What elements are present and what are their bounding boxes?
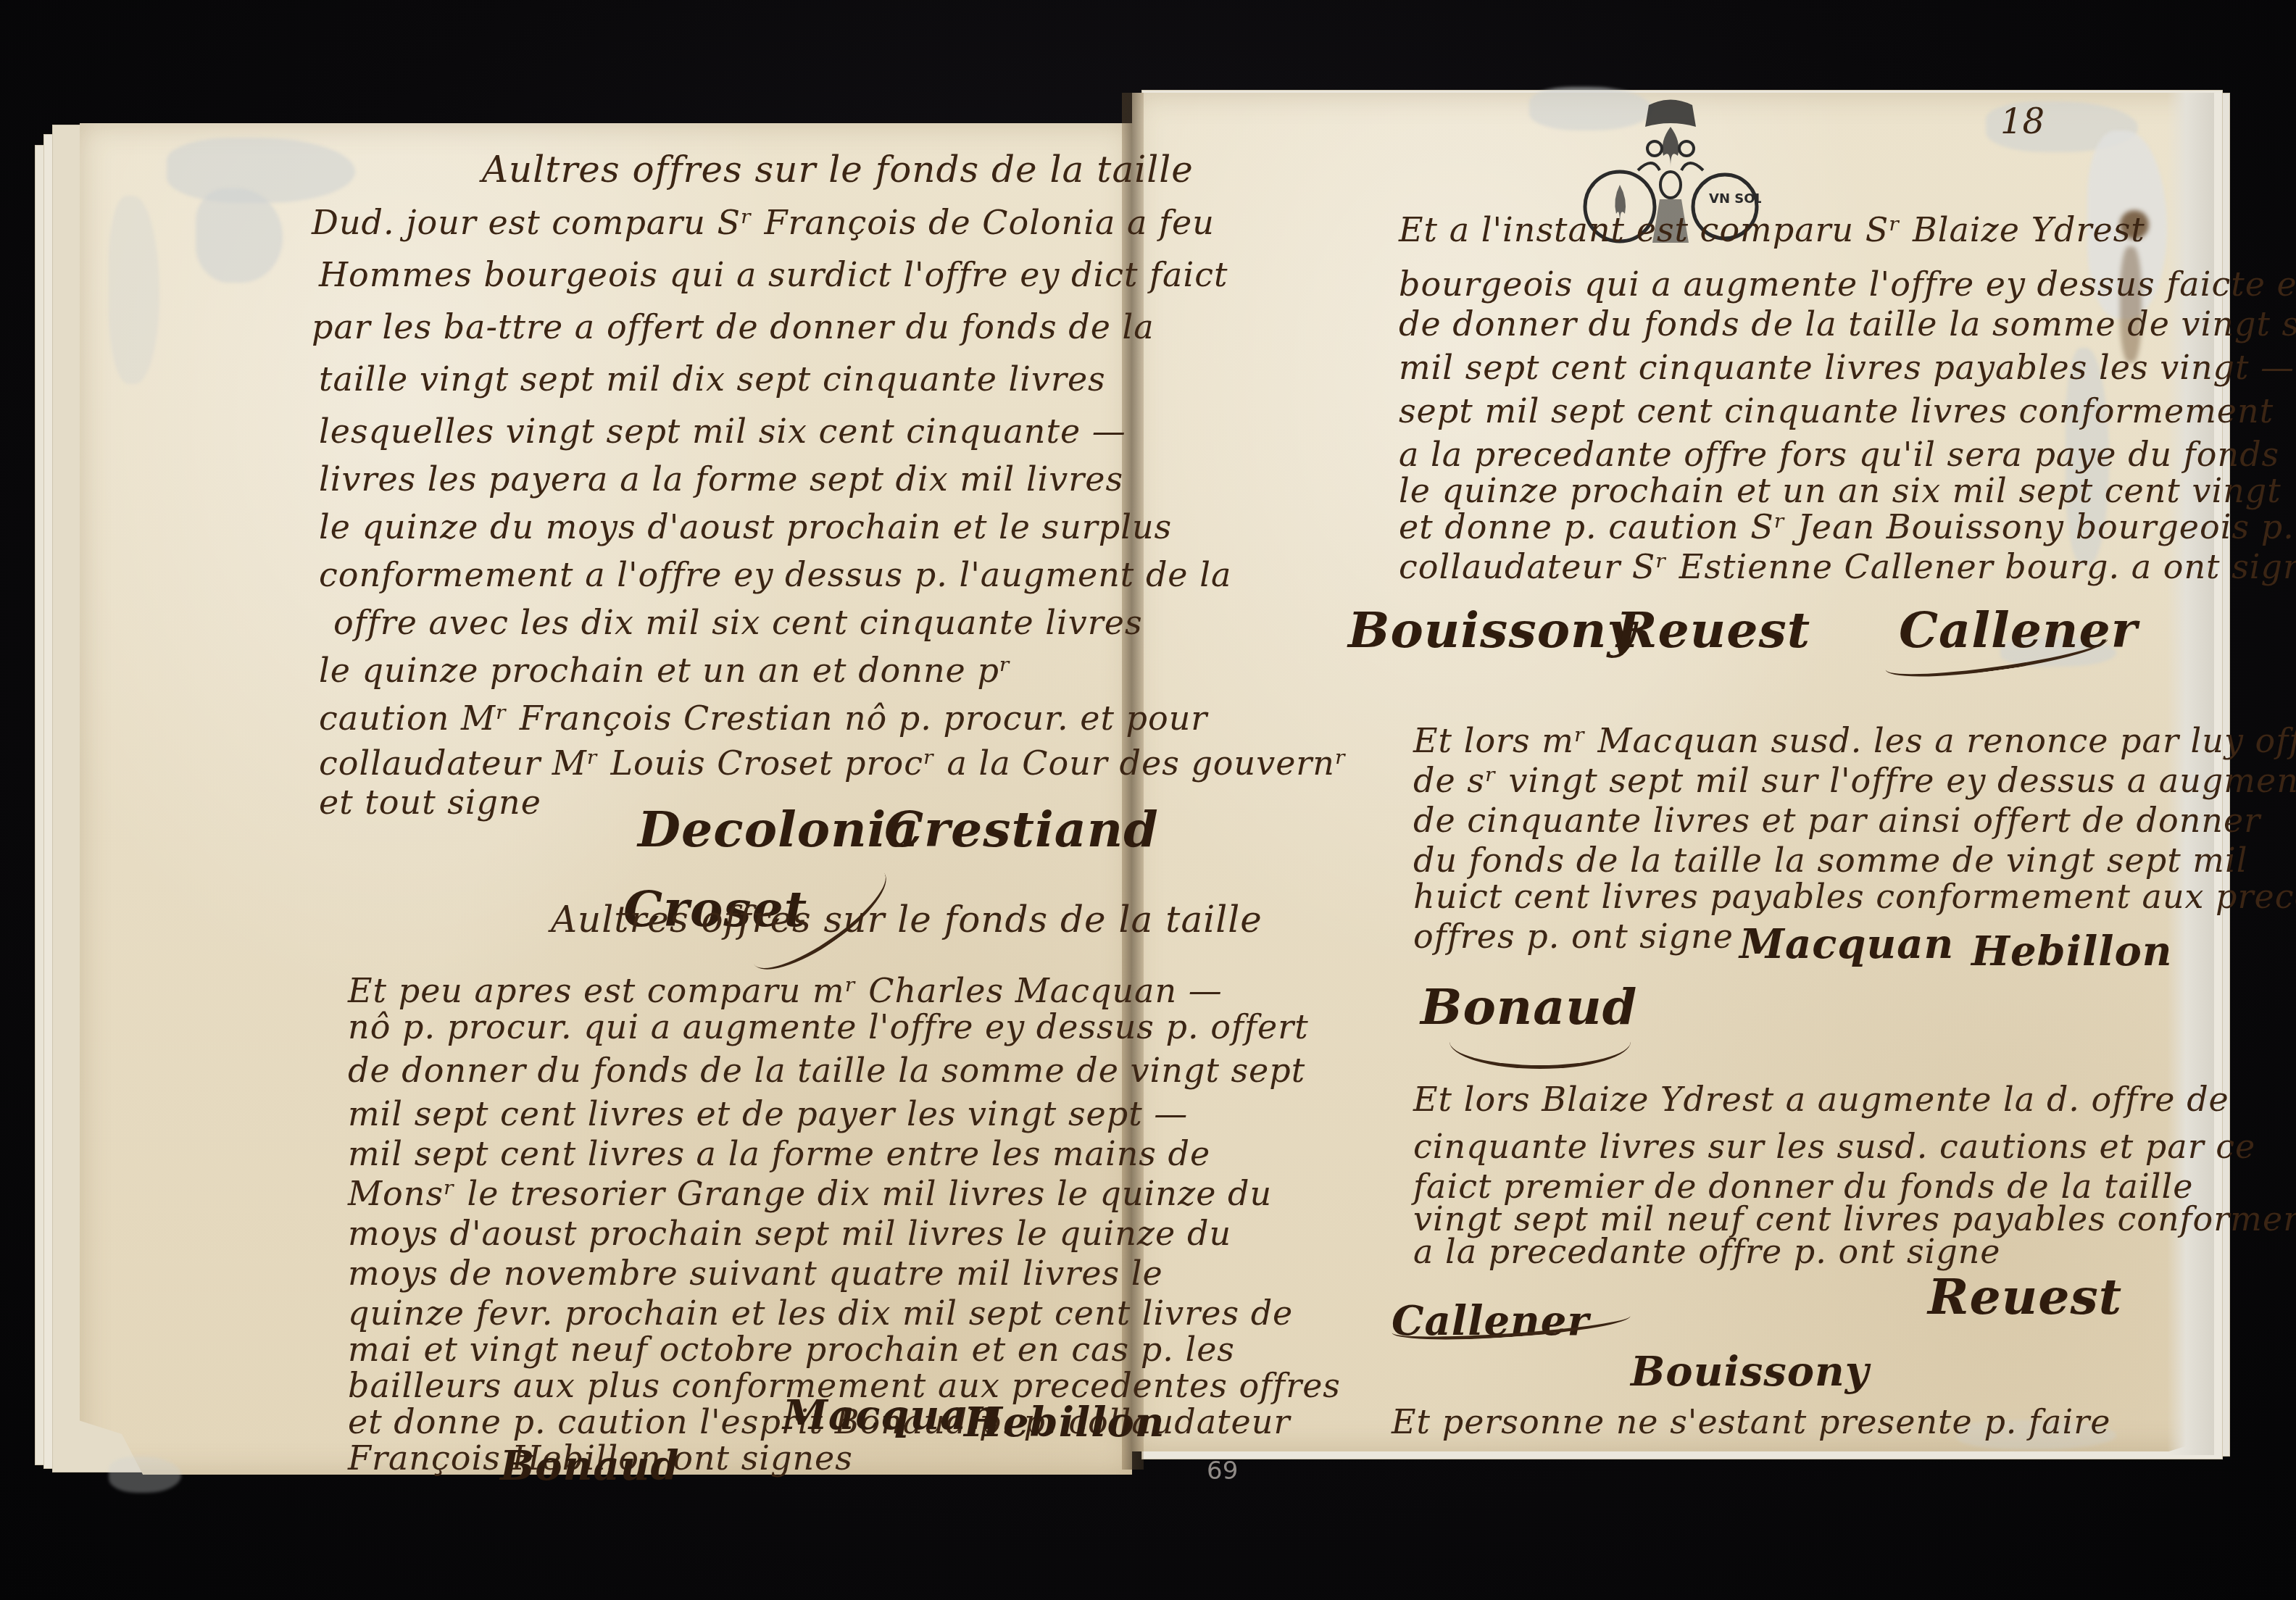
text-line: a la precedante offre p. ont signe xyxy=(1413,1232,2001,1271)
text-line: cinquante livres sur les susd. cautions … xyxy=(1413,1127,2255,1166)
svg-text:VN SOL: VN SOL xyxy=(1709,191,1761,207)
text-line: conformement a l'offre ey dessus p. l'au… xyxy=(319,555,1231,594)
text-line: Et a l'instant est comparu Sʳ Blaize Ydr… xyxy=(1399,210,2145,249)
text-line: de sʳ vingt sept mil sur l'offre ey dess… xyxy=(1413,761,2296,800)
water-stain xyxy=(167,138,355,203)
text-line: taille vingt sept mil dix sept cinquante… xyxy=(319,359,1106,399)
text-line: Dud. jour est comparu Sʳ François de Col… xyxy=(312,203,1215,242)
text-line: et tout signe xyxy=(319,783,541,822)
signature: Macquan xyxy=(1739,920,1954,968)
signature: Decolonia xyxy=(638,801,920,859)
signature-flourish xyxy=(1449,1014,1631,1069)
signature: Crestiand xyxy=(884,801,1159,859)
closing-text-line: Et personne ne s'estant presente p. fair… xyxy=(1392,1402,2110,1441)
text-line: Et lors mʳ Macquan susd. les a renonce p… xyxy=(1413,721,2296,760)
text-line: par les ba-ttre a offert de donner du fo… xyxy=(312,307,1155,346)
text-line: livres les payera a la forme sept dix mi… xyxy=(319,459,1123,499)
text-line: de cinquante livres et par ainsi offert … xyxy=(1413,801,2260,840)
text-line: mil sept cent livres et de payer les vin… xyxy=(348,1094,1188,1133)
text-line: collaudateur Sʳ Estienne Callener bourg.… xyxy=(1399,547,2296,586)
text-line: le quinze prochain et un an six mil sept… xyxy=(1399,471,2282,510)
text-line: le quinze prochain et un an et donne pʳ xyxy=(319,651,1012,690)
text-line: Hommes bourgeois qui a surdict l'offre e… xyxy=(319,255,1228,294)
text-line: Et lors Blaize Ydrest a augmente la d. o… xyxy=(1413,1080,2229,1119)
text-line: a la precedante offre fors qu'il sera pa… xyxy=(1399,435,2279,474)
signature: Bouissony xyxy=(1348,601,1636,659)
text-line: moys d'aoust prochain sept mil livres le… xyxy=(348,1214,1231,1253)
section-heading: Aultres offres sur le fonds de la taille xyxy=(482,149,1194,191)
signature: Bonaud xyxy=(500,1442,680,1490)
text-line: quinze fevr. prochain et les dix mil sep… xyxy=(348,1293,1293,1333)
signature: Bouissony xyxy=(1631,1348,1869,1396)
section-heading: Aultres offres sur le fonds de la taille xyxy=(551,899,1263,941)
water-stain xyxy=(109,1457,181,1493)
text-line: bourgeois qui a augmente l'offre ey dess… xyxy=(1399,264,2296,304)
text-line: lesquelles vingt sept mil six cent cinqu… xyxy=(319,412,1126,451)
text-line: mil sept cent livres a la forme entre le… xyxy=(348,1134,1210,1173)
text-line: mil sept cent cinquante livres payables … xyxy=(1399,348,2295,387)
text-line: sept mil sept cent cinquante livres conf… xyxy=(1399,391,2274,430)
text-line: Et peu apres est comparu mʳ Charles Macq… xyxy=(348,971,1223,1010)
signature: Hebillon xyxy=(1971,928,2173,975)
text-line: Monsʳ le tresorier Grange dix mil livres… xyxy=(348,1174,1272,1213)
text-line: offres p. ont signe xyxy=(1413,917,1734,956)
signature: Reuest xyxy=(1928,1268,2122,1326)
folio-number: 18 xyxy=(2000,101,2045,142)
text-line: offre avec les dix mil six cent cinquant… xyxy=(333,603,1143,642)
text-line: mai et vingt neuf octobre prochain et en… xyxy=(348,1330,1235,1369)
text-line: caution Mʳ François Crestian nô p. procu… xyxy=(319,699,1207,738)
text-line: le quinze du moys d'aoust prochain et le… xyxy=(319,507,1172,546)
water-stain xyxy=(196,188,283,283)
pencil-folio-number: 69 xyxy=(1207,1457,1238,1486)
text-line: de donner du fonds de la taille la somme… xyxy=(1399,304,2296,343)
text-line: du fonds de la taille la somme de vingt … xyxy=(1413,841,2247,880)
text-line: huict cent livres payables conformement … xyxy=(1413,877,2296,916)
text-line: de donner du fonds de la taille la somme… xyxy=(348,1051,1305,1090)
text-line: nô p. procur. qui a augmente l'offre ey … xyxy=(348,1007,1309,1046)
signature: Hebillon xyxy=(964,1399,1165,1446)
signature: Reuest xyxy=(1616,601,1810,659)
text-line: et donne p. caution Sʳ Jean Bouissony bo… xyxy=(1399,507,2295,546)
text-line: moys de novembre suivant quatre mil livr… xyxy=(348,1254,1163,1293)
text-line: collaudateur Mʳ Louis Croset procʳ a la … xyxy=(319,743,1347,783)
